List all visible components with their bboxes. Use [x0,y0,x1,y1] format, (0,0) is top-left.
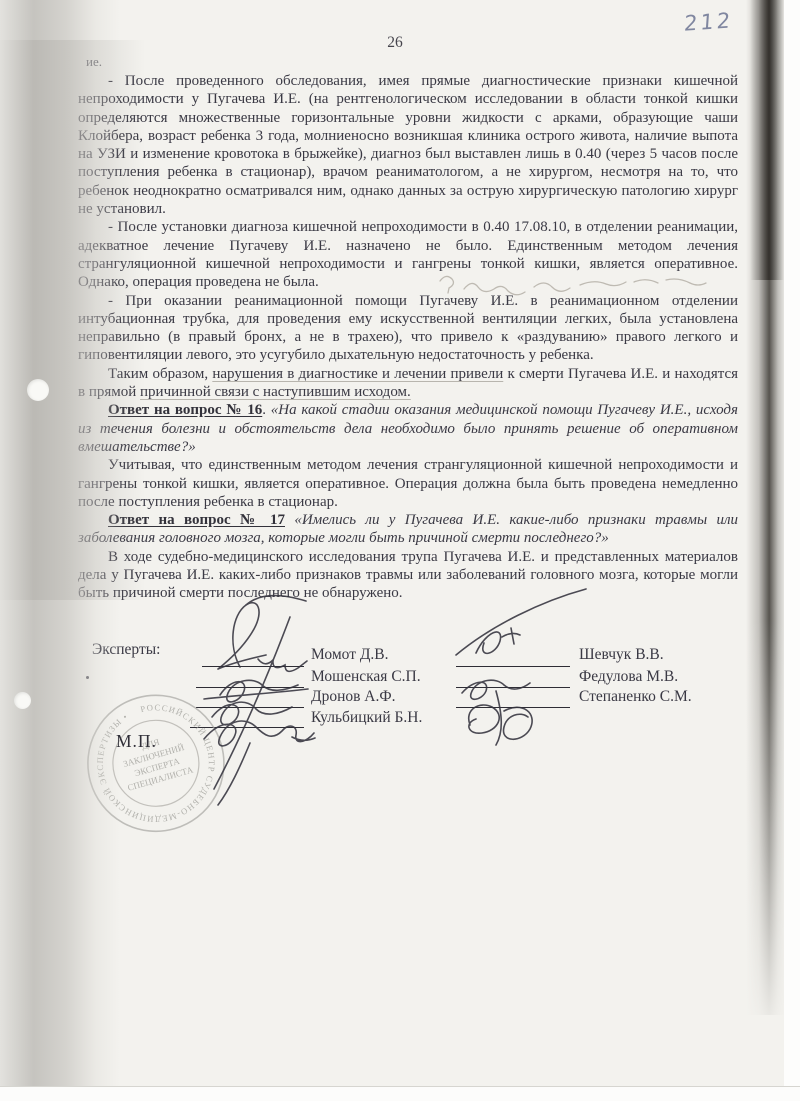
conclusion-underlined-1: нарушения в диагностике и лечении привел… [212,366,503,382]
scanner-background-strip [784,0,800,1101]
paragraph-answer-16-body: Учитывая, что единственным методом лечен… [78,456,738,511]
paragraph-after-examination: - После проведенного обследования, имея … [78,72,738,218]
answer-17-separator [285,512,294,528]
document-body: - После проведенного обследования, имея … [78,72,738,603]
paragraph-answer-17: Ответ на вопрос № 17 «Имелись ли у Пугач… [78,511,738,548]
pencil-annotation-scribble [430,263,730,307]
answer-16-label: Ответ на вопрос № 16 [108,402,262,418]
paragraph-conclusion: Таким образом, нарушения в диагностике и… [78,365,738,402]
scanned-page: 26 212 ие. - После проведенного обследов… [0,0,800,1101]
conclusion-lead: Таким образом, [108,366,212,382]
paragraph-answer-16: Ответ на вопрос № 16. «На какой стадии о… [78,401,738,456]
page-edge-shadow [746,0,786,1015]
page-number: 26 [355,34,435,52]
ink-speck [86,676,89,679]
punch-hole [14,692,31,709]
handwritten-signatures [140,565,760,825]
handwritten-page-index: 212 [683,8,734,36]
conclusion-underlined-2: причинной связи с наступившим исходом. [140,384,411,400]
punch-hole [27,379,49,401]
answer-16-separator: . [262,402,271,418]
cut-text-fragment: ие. [86,54,102,70]
seal-place-label: М.П. [116,731,157,752]
answer-17-label: Ответ на вопрос № 17 [108,512,285,528]
page-edge-shadow-dark [750,0,784,280]
page-bottom-edge [0,1086,800,1101]
